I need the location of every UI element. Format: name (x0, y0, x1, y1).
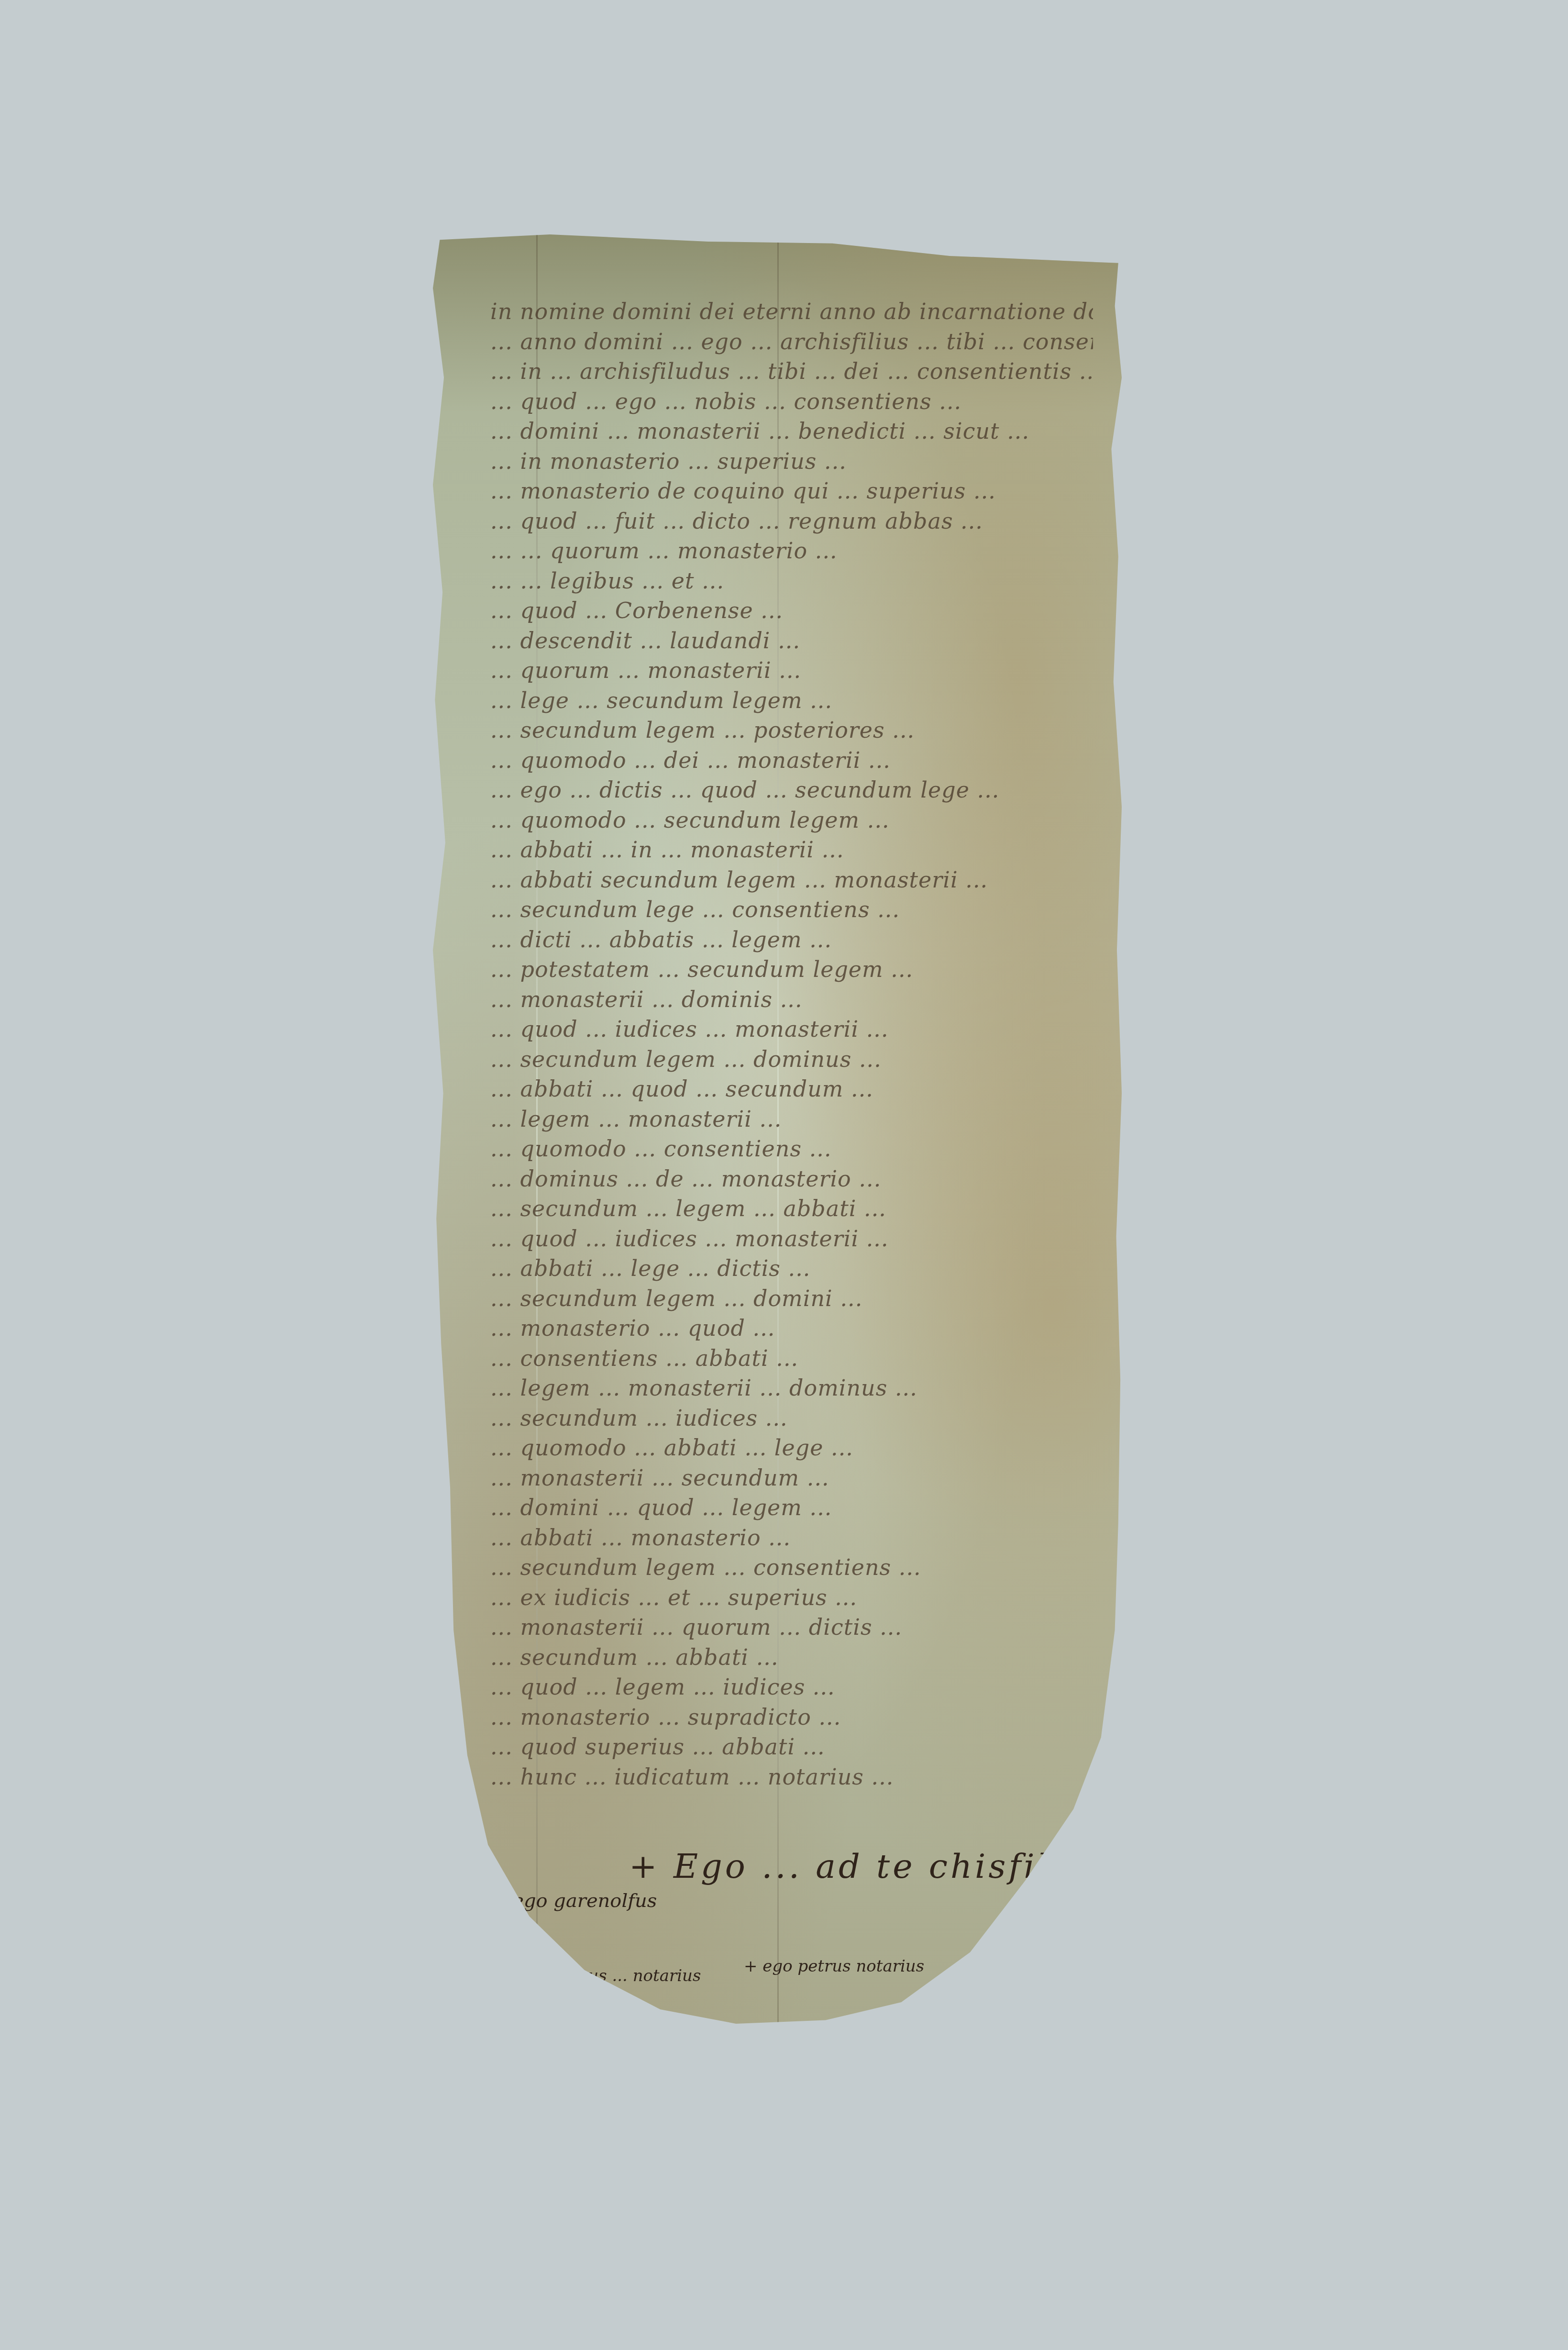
text-line: ... quomodo ... abbati ... lege ... (490, 1433, 1093, 1463)
text-line: ... secundum legem ... posteriores ... (490, 715, 1093, 745)
text-line: ... quod ... iudices ... monasterii ... (490, 1224, 1093, 1254)
text-line: ... ... legibus ... et ... (490, 566, 1093, 596)
text-line: ... legem ... monasterii ... dominus ... (490, 1373, 1093, 1403)
text-line: ... legem ... monasterii ... (490, 1104, 1093, 1134)
text-line: ... hunc ... iudicatum ... notarius ... (490, 1762, 1093, 1792)
text-line: ... in ... archisfiludus ... tibi ... de… (490, 356, 1093, 387)
text-line: ... domini ... monasterii ... benedicti … (490, 416, 1093, 446)
text-line: ... monasterio ... supradicto ... (490, 1702, 1093, 1732)
text-line: ... quod ... iudices ... monasterii ... (490, 1014, 1093, 1044)
text-line: ... potestatem ... secundum legem ... (490, 954, 1093, 985)
text-line: ... quod superius ... abbati ... (490, 1732, 1093, 1762)
text-line: ... secundum lege ... consentiens ... (490, 895, 1093, 925)
text-line: ... quomodo ... dei ... monasterii ... (490, 745, 1093, 776)
text-line: ... monasterii ... quorum ... dictis ... (490, 1612, 1093, 1642)
text-line: ... secundum ... abbati ... (490, 1642, 1093, 1673)
text-line: ... quomodo ... consentiens ... (490, 1134, 1093, 1164)
text-line: ... abbati secundum legem ... monasterii… (490, 865, 1093, 895)
text-line: ... abbati ... monasterio ... (490, 1523, 1093, 1553)
signature-main: + Ego ... ad te chisfilius ... dex (629, 1847, 1245, 1886)
charter-text: in nomine domini dei eterni anno ab inca… (490, 297, 1093, 1792)
text-line: ... secundum ... iudices ... (490, 1403, 1093, 1433)
text-line: ... quomodo ... secundum legem ... (490, 805, 1093, 835)
text-line: ... lege ... secundum legem ... (490, 686, 1093, 716)
text-line: ... secundum legem ... consentiens ... (490, 1552, 1093, 1583)
text-line: ... monasterii ... secundum ... (490, 1463, 1093, 1493)
text-line: ... anno domini ... ego ... archisfilius… (490, 327, 1093, 357)
text-line: ... in monasterio ... superius ... (490, 446, 1093, 477)
text-line: ... ego ... dictis ... quod ... secundum… (490, 775, 1093, 805)
parchment-charter: in nomine domini dei eterni anno ab inca… (433, 234, 1122, 2024)
signature-petrus-2: + ego petrus notarius (744, 1957, 924, 1976)
text-line: ... ex iudicis ... et ... superius ... (490, 1583, 1093, 1613)
text-line: ... monasterii ... dominis ... (490, 985, 1093, 1015)
signature-petrus-1: + ego petrus ... notarius (500, 1966, 701, 1985)
text-line: ... secundum ... legem ... abbati ... (490, 1194, 1093, 1224)
text-line: ... consentiens ... abbati ... (490, 1343, 1093, 1374)
text-line: ... dominus ... de ... monasterio ... (490, 1164, 1093, 1194)
text-line: in nomine domini dei eterni anno ab inca… (490, 297, 1093, 327)
text-line: ... quod ... ego ... nobis ... consentie… (490, 387, 1093, 417)
text-line: ... abbati ... lege ... dictis ... (490, 1253, 1093, 1284)
signature-garenolfus: + ego garenolfus (490, 1890, 657, 1912)
text-line: ... monasterio de coquino qui ... superi… (490, 476, 1093, 506)
text-line: ... secundum legem ... domini ... (490, 1284, 1093, 1314)
text-line: ... dicti ... abbatis ... legem ... (490, 925, 1093, 955)
text-line: ... abbati ... quod ... secundum ... (490, 1074, 1093, 1104)
text-line: ... monasterio ... quod ... (490, 1313, 1093, 1343)
text-line: ... quod ... Corbenense ... (490, 596, 1093, 626)
text-line: ... quod ... fuit ... dicto ... regnum a… (490, 506, 1093, 536)
text-line: ... quod ... legem ... iudices ... (490, 1672, 1093, 1702)
text-line: ... domini ... quod ... legem ... (490, 1493, 1093, 1523)
text-line: ... abbati ... in ... monasterii ... (490, 835, 1093, 865)
text-line: ... quorum ... monasterii ... (490, 655, 1093, 686)
text-line: ... secundum legem ... dominus ... (490, 1044, 1093, 1075)
text-line: ... descendit ... laudandi ... (490, 626, 1093, 656)
text-line: ... ... quorum ... monasterio ... (490, 536, 1093, 566)
